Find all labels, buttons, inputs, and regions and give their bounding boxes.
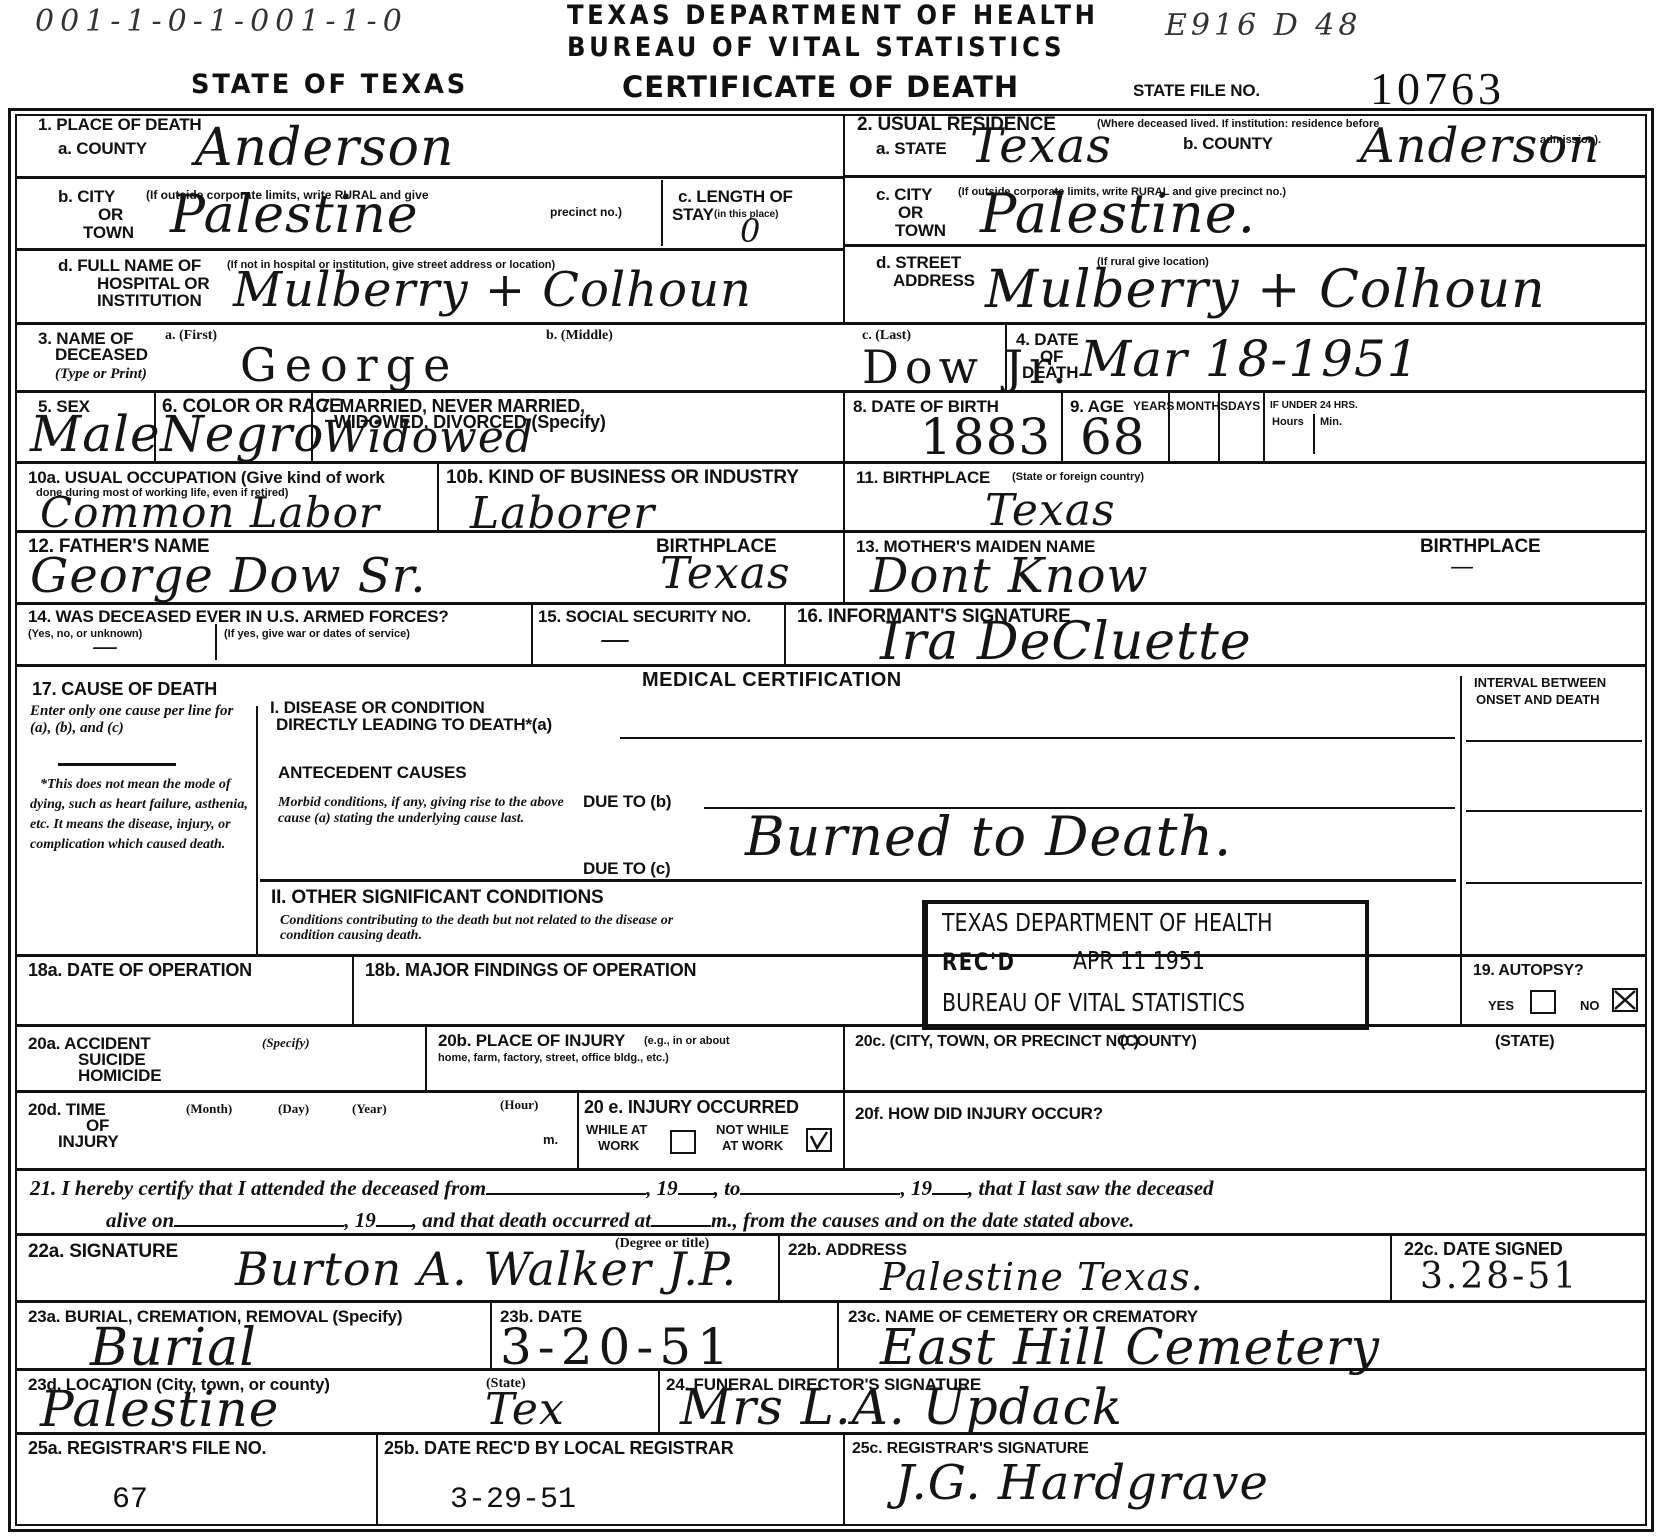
- physician-address-value: Palestine Texas.: [880, 1255, 1204, 1299]
- checkmark-icon: [808, 1130, 830, 1150]
- injury-place-note-2: home, farm, factory, street, office bldg…: [438, 1052, 669, 1064]
- date-of-death-value: Mar 18-1951: [1080, 330, 1420, 388]
- injury-county-label: (COUNTY): [1120, 1033, 1197, 1050]
- stamp-received-date: APR 11 1951: [1073, 946, 1205, 975]
- birthplace-note: (State or foreign country): [1012, 471, 1144, 483]
- middle-name-label: b. (Middle): [546, 330, 613, 342]
- state-title: STATE OF TEXAS: [191, 69, 468, 100]
- length-of-stay-label-2: STAY: [672, 206, 714, 223]
- marital-value: Widowed: [322, 412, 534, 463]
- cert-text: alive on: [106, 1208, 174, 1232]
- cert-text: 21. I hereby certify that I attended the…: [30, 1176, 486, 1200]
- interval-c-line: [1466, 882, 1642, 884]
- divider: [15, 664, 1647, 667]
- divider: [1390, 1235, 1392, 1300]
- armed-forces-note-2: (If yes, give war or dates of service): [224, 628, 410, 640]
- father-name-value: George Dow Sr.: [30, 548, 427, 604]
- not-while-at-work-label-2: AT WORK: [722, 1140, 783, 1152]
- divider: [15, 248, 843, 251]
- divider: [843, 114, 845, 322]
- residence-county-value: Anderson: [1360, 118, 1600, 174]
- autopsy-no-label: NO: [1580, 1000, 1600, 1012]
- stamp-line-3: BUREAU OF VITAL STATISTICS: [942, 988, 1245, 1017]
- divider: [15, 602, 1647, 605]
- divider: [311, 392, 313, 461]
- disease-label-2: DIRECTLY LEADING TO DEATH*(a): [276, 716, 552, 733]
- divider: [437, 463, 439, 530]
- cause-c-value: Burned to Death.: [745, 805, 1232, 868]
- interval-label-2: ONSET AND DEATH: [1476, 694, 1600, 706]
- divider: [15, 176, 843, 179]
- other-conditions-label: II. OTHER SIGNIFICANT CONDITIONS: [271, 889, 603, 906]
- physician-signature-value: Burton A. Walker J.P.: [235, 1242, 737, 1296]
- residence-street-label-2: ADDRESS: [893, 272, 975, 289]
- divider: [1218, 392, 1220, 461]
- mother-name-value: Dont Know: [870, 548, 1149, 604]
- age-min-label: Min.: [1320, 416, 1342, 428]
- handwritten-reference-code: E916 D 48: [1165, 8, 1361, 43]
- residence-state-value: Texas: [970, 118, 1112, 174]
- age-days-label: DAYS: [1228, 400, 1260, 412]
- injury-hour-label: (Hour): [500, 1099, 538, 1111]
- divider: [1460, 676, 1462, 959]
- divider: [1005, 324, 1007, 390]
- cause-footnote: *This does not mean the mode of dying, s…: [30, 775, 250, 855]
- divider: [352, 956, 354, 1024]
- injury-occurred-label: 20 e. INJURY OCCURRED: [584, 1099, 799, 1116]
- first-name-label: a. (First): [165, 330, 217, 342]
- cause-a-line: [620, 737, 1455, 739]
- birthplace-value: Texas: [985, 485, 1116, 536]
- divider: [784, 604, 786, 664]
- handwritten-index-code: 001-1-0-1-001-1-0: [35, 4, 408, 39]
- age-value: 68: [1080, 408, 1146, 466]
- date-signed-value: 3.28-51: [1420, 1256, 1579, 1297]
- residence-city-town: TOWN: [895, 222, 946, 239]
- funeral-director-value: Mrs L.A. Updack: [680, 1378, 1123, 1436]
- residence-city-or: OR: [898, 204, 923, 221]
- divider: [15, 390, 1647, 393]
- age-months-label: MONTHS: [1176, 400, 1228, 412]
- due-to-b-label: DUE TO (b): [583, 793, 671, 810]
- divider: [1313, 414, 1315, 454]
- physician-signature-label: 22a. SIGNATURE: [28, 1243, 178, 1260]
- divider: [215, 624, 217, 660]
- residence-street-label: d. STREET: [876, 254, 961, 271]
- cert-text: , 19: [900, 1176, 932, 1200]
- autopsy-yes-checkbox[interactable]: [1530, 990, 1556, 1014]
- cert-text: , that I last saw the deceased: [968, 1176, 1214, 1200]
- date-of-death-label-3: DEATH: [1022, 364, 1078, 381]
- divider: [843, 1026, 845, 1170]
- hospital-label-2: HOSPITAL OR: [97, 275, 209, 292]
- hospital-value: Mulberry + Colhoun: [233, 262, 752, 318]
- armed-forces-value: —: [92, 632, 119, 662]
- injury-time-label-3: INJURY: [58, 1133, 119, 1150]
- injury-month-label: (Month): [186, 1103, 232, 1115]
- not-while-at-work-checkbox[interactable]: [806, 1128, 832, 1152]
- residence-city-value: Palestine.: [980, 182, 1256, 245]
- injury-state-label: (STATE): [1495, 1033, 1554, 1050]
- stamp-received-label: REC'D: [942, 948, 1016, 976]
- burial-state-value: Tex: [485, 1384, 565, 1435]
- divider: [531, 604, 533, 664]
- age-hours-label: Hours: [1272, 416, 1304, 428]
- cause-of-death-label: 17. CAUSE OF DEATH: [32, 681, 217, 698]
- informant-signature-value: Ira DeCluette: [880, 612, 1252, 672]
- divider: [15, 1233, 1647, 1236]
- length-of-stay-label: c. LENGTH OF: [678, 188, 793, 205]
- divider: [843, 175, 1647, 178]
- mother-birthplace-value: —: [1450, 552, 1475, 580]
- injury-year-label: (Year): [352, 1103, 387, 1115]
- death-city-town: TOWN: [83, 224, 134, 241]
- divider: [15, 1024, 1647, 1027]
- autopsy-label: 19. AUTOPSY?: [1473, 962, 1584, 979]
- not-while-at-work-label: NOT WHILE: [716, 1124, 789, 1136]
- divider: [15, 461, 1647, 464]
- divider: [843, 532, 845, 602]
- how-injury-occurred-label: 20f. HOW DID INJURY OCCUR?: [855, 1105, 1103, 1122]
- injury-type-specify: (Specify): [262, 1034, 310, 1051]
- bureau-name: BUREAU OF VITAL STATISTICS: [567, 32, 1065, 63]
- divider: [837, 1302, 839, 1368]
- age-under-24-label: IF UNDER 24 HRS.: [1270, 400, 1358, 412]
- divider: [1263, 392, 1265, 461]
- disease-label: I. DISEASE OR CONDITION: [270, 699, 485, 716]
- divider: [15, 1300, 1647, 1303]
- divider: [843, 1434, 845, 1524]
- medical-certification-title: MEDICAL CERTIFICATION: [642, 672, 902, 689]
- father-birthplace-value: Texas: [660, 548, 791, 599]
- divider: [376, 1434, 378, 1524]
- antecedent-note: Morbid conditions, if any, giving rise t…: [278, 795, 578, 827]
- injury-place-label: 20b. PLACE OF INJURY: [438, 1032, 625, 1049]
- divider: [1061, 392, 1063, 461]
- usual-residence-note: (Where deceased lived. If institution: r…: [1097, 118, 1379, 130]
- divider: [15, 1368, 1647, 1371]
- certification-statement-line-2: alive on, 19, and that death occurred at…: [106, 1208, 1134, 1232]
- injury-type-label-3: HOMICIDE: [78, 1067, 161, 1084]
- autopsy-yes-label: YES: [1488, 1000, 1514, 1012]
- registrar-file-value: 67: [112, 1483, 148, 1517]
- hospital-label: d. FULL NAME OF: [58, 257, 201, 274]
- death-city-note-2: precinct no.): [550, 206, 622, 218]
- date-of-birth-value: 1883: [920, 408, 1051, 466]
- local-registrar-date-value: 3-29-51: [450, 1483, 576, 1517]
- occupation-label: 10a. USUAL OCCUPATION (Give kind of work: [28, 469, 385, 486]
- certification-statement-line-1: 21. I hereby certify that I attended the…: [30, 1176, 1214, 1200]
- autopsy-no-checkbox[interactable]: [1612, 988, 1638, 1012]
- divider: [577, 1092, 579, 1168]
- state-file-label: STATE FILE NO.: [1133, 82, 1260, 99]
- date-of-death-label: 4. DATE: [1016, 331, 1079, 348]
- birthplace-label: 11. BIRTHPLACE: [856, 469, 990, 486]
- injury-m-label: m.: [543, 1134, 558, 1146]
- divider: [778, 1235, 780, 1300]
- injury-location-label: 20c. (CITY, TOWN, OR PRECINCT NO.): [855, 1033, 1139, 1050]
- local-registrar-date-label: 25b. DATE REC'D BY LOCAL REGISTRAR: [384, 1440, 734, 1457]
- residence-state-label: a. STATE: [876, 140, 947, 157]
- divider: [260, 879, 1456, 882]
- divider: [58, 763, 176, 766]
- social-security-value: —: [600, 622, 631, 657]
- place-of-death-label: 1. PLACE OF DEATH: [38, 116, 201, 133]
- divider: [490, 1302, 492, 1368]
- length-of-stay-value: 0: [740, 212, 761, 250]
- interval-b-line: [1466, 810, 1642, 812]
- divider: [1168, 392, 1170, 461]
- injury-day-label: (Day): [278, 1103, 309, 1115]
- residence-county-label: b. COUNTY: [1183, 135, 1273, 152]
- received-stamp: TEXAS DEPARTMENT OF HEALTH REC'D APR 11 …: [922, 900, 1369, 1030]
- divider: [843, 392, 845, 461]
- death-city-label: b. CITY: [58, 188, 115, 205]
- divider: [425, 1026, 427, 1090]
- death-county-label: a. COUNTY: [58, 140, 147, 157]
- divider: [843, 244, 1647, 247]
- divider: [15, 1432, 1647, 1435]
- race-value: Negro: [160, 405, 324, 463]
- burial-location-value: Palestine: [40, 1380, 279, 1438]
- divider: [256, 706, 258, 954]
- deceased-name-label-2: DECEASED: [55, 346, 148, 363]
- first-name-value: George: [240, 338, 458, 392]
- deceased-name-label-3: (Type or Print): [55, 366, 147, 383]
- interval-a-line: [1466, 740, 1642, 742]
- armed-forces-label: 14. WAS DECEASED EVER IN U.S. ARMED FORC…: [28, 608, 449, 625]
- cert-text: m., from the causes and on the date stat…: [711, 1208, 1135, 1232]
- residence-street-value: Mulberry + Colhoun: [985, 260, 1546, 320]
- armed-forces-note-1: (Yes, no, or unknown): [28, 628, 142, 640]
- operation-findings-label: 18b. MAJOR FINDINGS OF OPERATION: [365, 962, 696, 979]
- operation-date-label: 18a. DATE OF OPERATION: [28, 962, 252, 979]
- while-at-work-checkbox[interactable]: [670, 1130, 696, 1154]
- death-city-value: Palestine: [170, 185, 419, 245]
- cert-text: , 19: [646, 1176, 678, 1200]
- industry-label: 10b. KIND OF BUSINESS OR INDUSTRY: [446, 469, 799, 486]
- registrar-file-label: 25a. REGISTRAR'S FILE NO.: [28, 1440, 266, 1457]
- divider: [15, 322, 1647, 325]
- while-at-work-label-2: WORK: [598, 1140, 639, 1152]
- divider: [1460, 956, 1462, 1024]
- divider: [15, 1090, 1647, 1093]
- divider: [843, 463, 845, 530]
- divider: [154, 392, 156, 461]
- due-to-c-label: DUE TO (c): [583, 860, 670, 877]
- divider: [661, 180, 663, 246]
- antecedent-causes-label: ANTECEDENT CAUSES: [278, 764, 466, 781]
- interval-label: INTERVAL BETWEEN: [1474, 677, 1606, 689]
- cert-text: , 19: [344, 1208, 376, 1232]
- divider: [15, 1168, 1647, 1171]
- while-at-work-label: WHILE AT: [586, 1124, 647, 1136]
- other-conditions-note: Conditions contributing to the death but…: [280, 913, 710, 943]
- hospital-label-3: INSTITUTION: [97, 292, 202, 309]
- death-city-or: OR: [98, 206, 123, 223]
- agency-name: TEXAS DEPARTMENT OF HEALTH: [567, 0, 1099, 31]
- divider: [15, 954, 1647, 957]
- divider: [15, 530, 1647, 533]
- cert-text: , to: [714, 1176, 741, 1200]
- sex-value: Male: [30, 405, 161, 463]
- mother-birthplace-label: BIRTHPLACE: [1420, 538, 1540, 555]
- certificate-title: CERTIFICATE OF DEATH: [622, 70, 1019, 104]
- social-security-label: 15. SOCIAL SECURITY NO.: [538, 608, 751, 625]
- stamp-line-1: TEXAS DEPARTMENT OF HEALTH: [942, 908, 1273, 937]
- death-county-value: Anderson: [195, 118, 454, 178]
- registrar-signature-value: J.G. Hardgrave: [895, 1455, 1269, 1511]
- cause-instructions: Enter only one cause per line for (a), (…: [30, 703, 248, 737]
- divider: [658, 1370, 660, 1432]
- injury-place-note: (e.g., in or about: [644, 1035, 730, 1047]
- residence-city-label: c. CITY: [876, 186, 932, 203]
- cert-text: , and that death occurred at: [412, 1208, 651, 1232]
- checkmark-x-icon: [1614, 990, 1636, 1010]
